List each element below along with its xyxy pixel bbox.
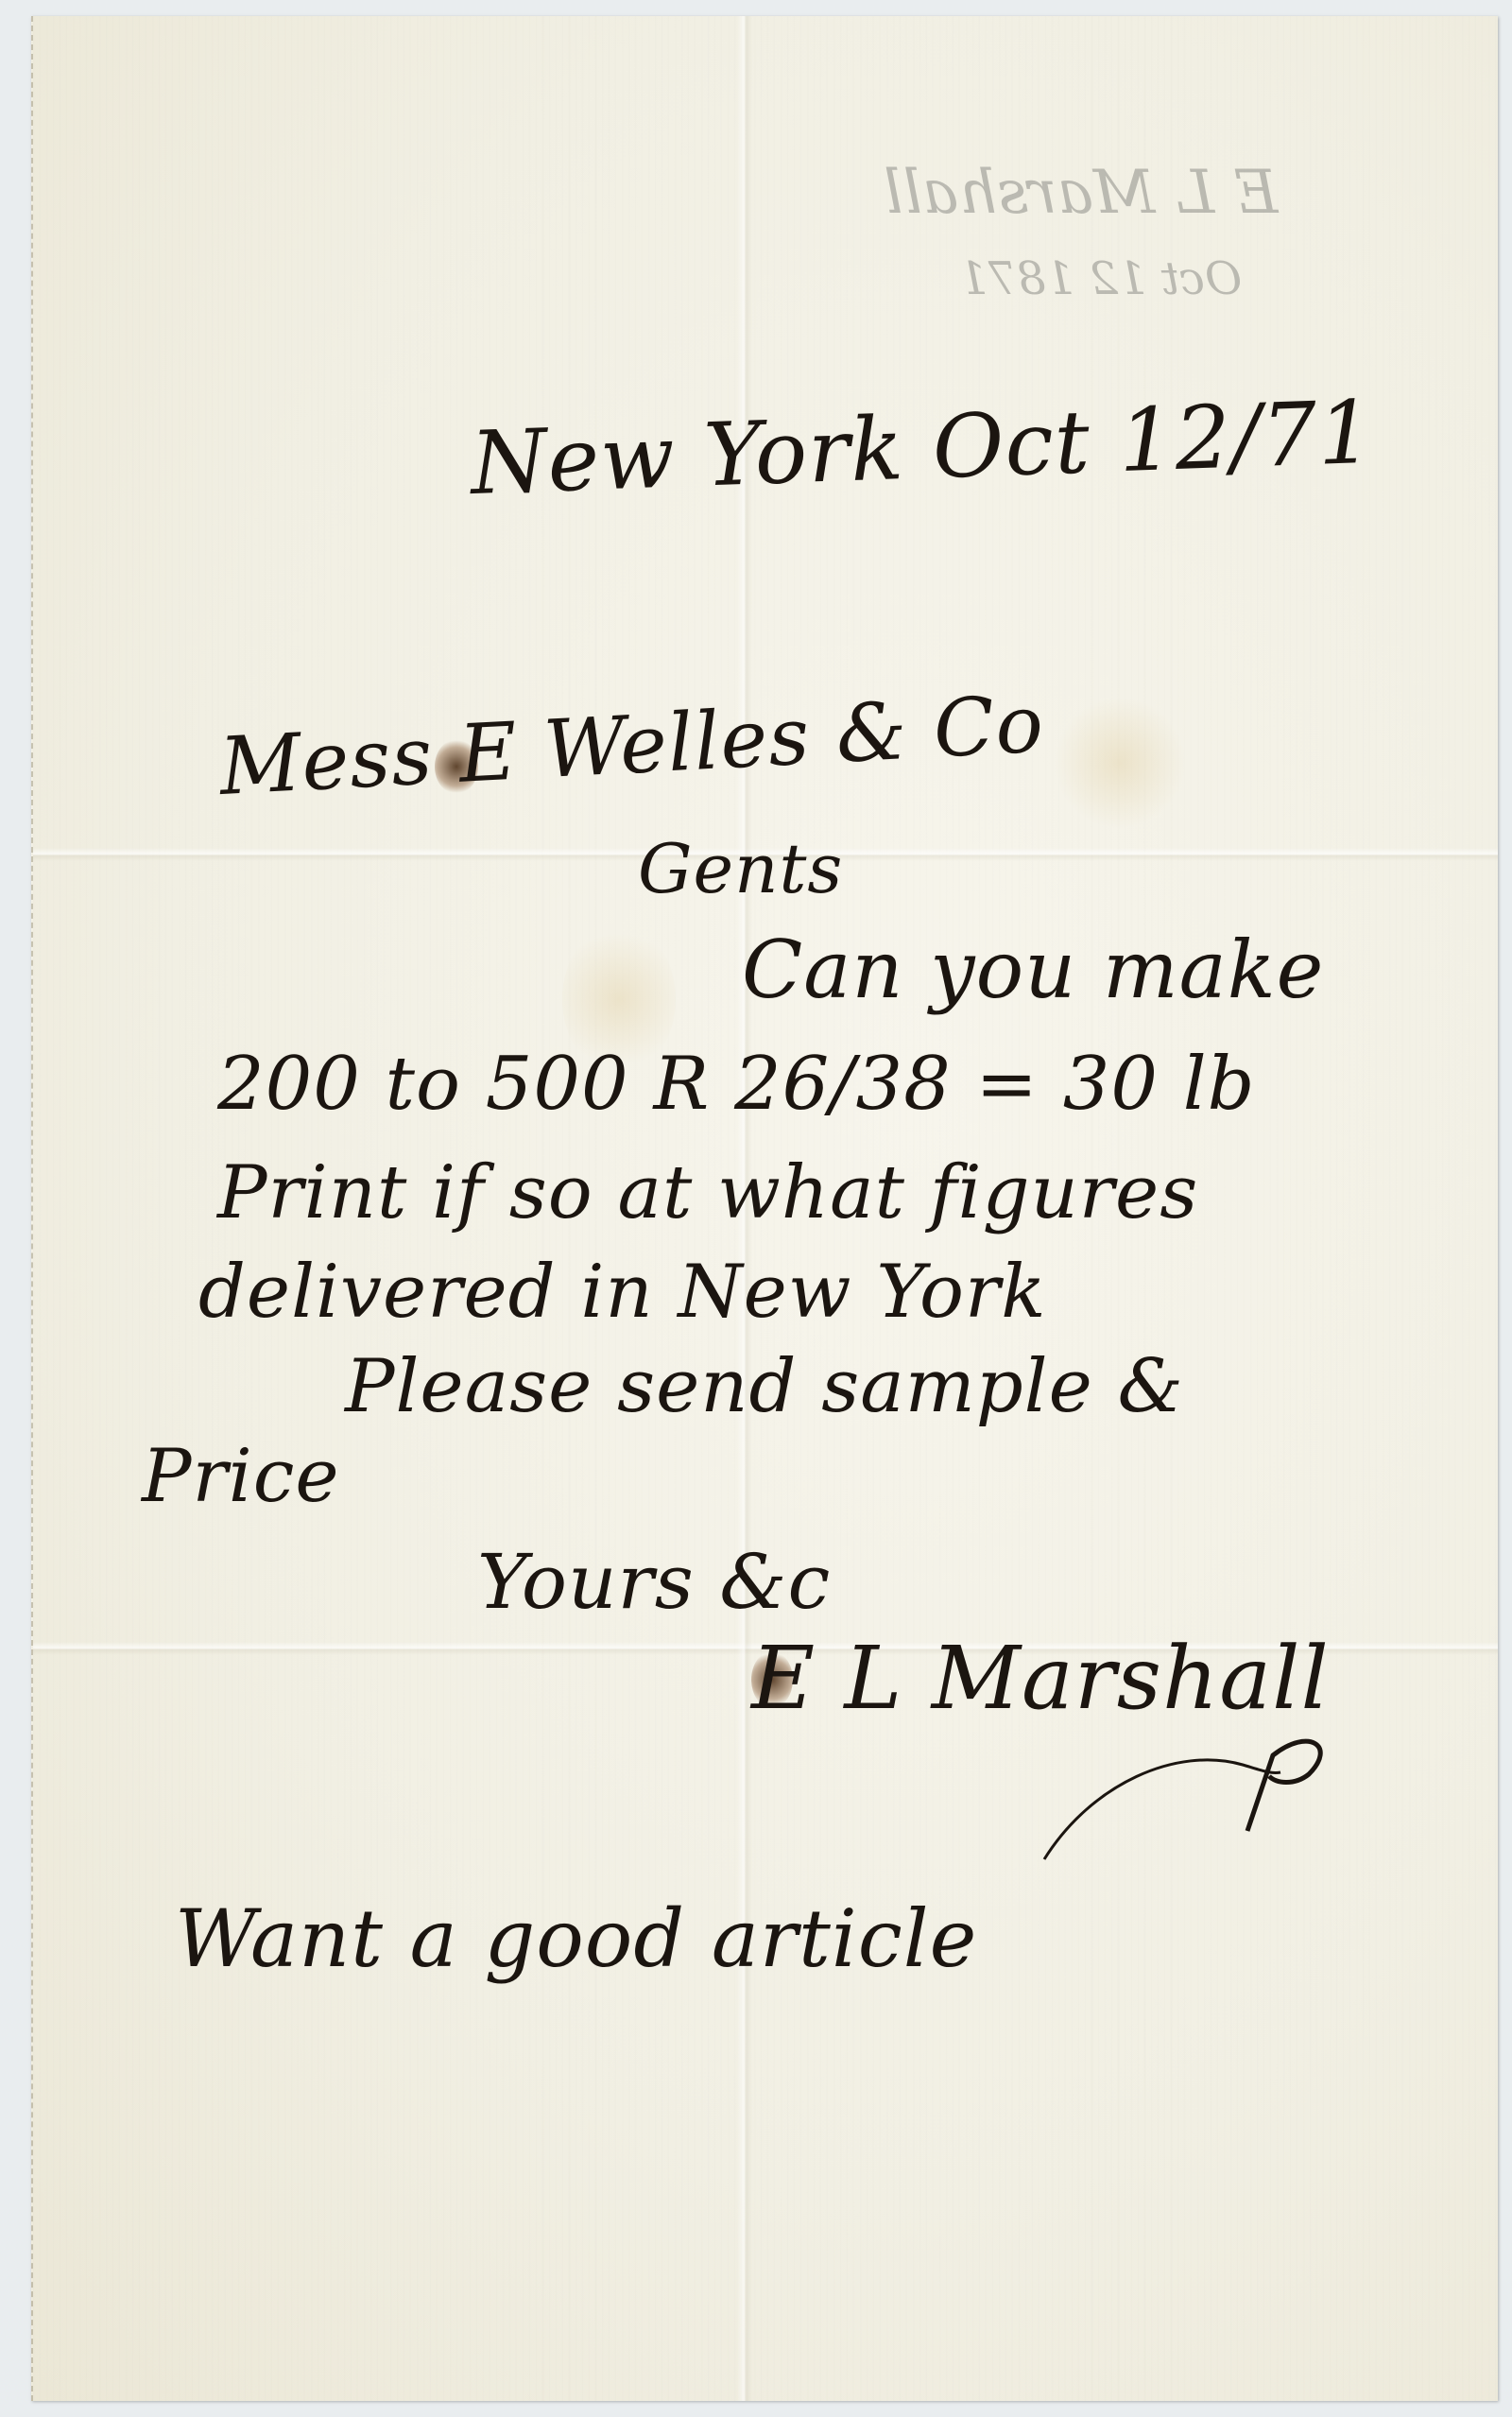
body-line-6: Price	[142, 1434, 340, 1519]
pencil-docket-name: E L Marshall	[884, 158, 1278, 228]
dateline: New York Oct 12/71	[469, 382, 1375, 514]
salutation-addressee: Mess E Welles & Co	[217, 677, 1046, 813]
body-line-3: Print if so at what figures	[217, 1150, 1198, 1235]
signature-flourish	[1025, 1708, 1347, 1869]
closing: Yours &c	[477, 1538, 831, 1626]
paper-stain	[1054, 697, 1186, 829]
letter-paper: E L Marshall Oct 12 1871 New York Oct 12…	[31, 16, 1498, 2401]
salutation: Gents	[638, 829, 843, 908]
body-line-5: Please send sample &	[345, 1344, 1184, 1429]
pencil-docket-date: Oct 12 1871	[959, 252, 1242, 305]
body-line-2: 200 to 500 R 26/38 = 30 lb	[217, 1042, 1256, 1127]
postscript: Want a good article	[175, 1892, 977, 1985]
body-line-4: delivered in New York	[198, 1250, 1047, 1335]
body-line-1: Can you make	[742, 924, 1324, 1016]
